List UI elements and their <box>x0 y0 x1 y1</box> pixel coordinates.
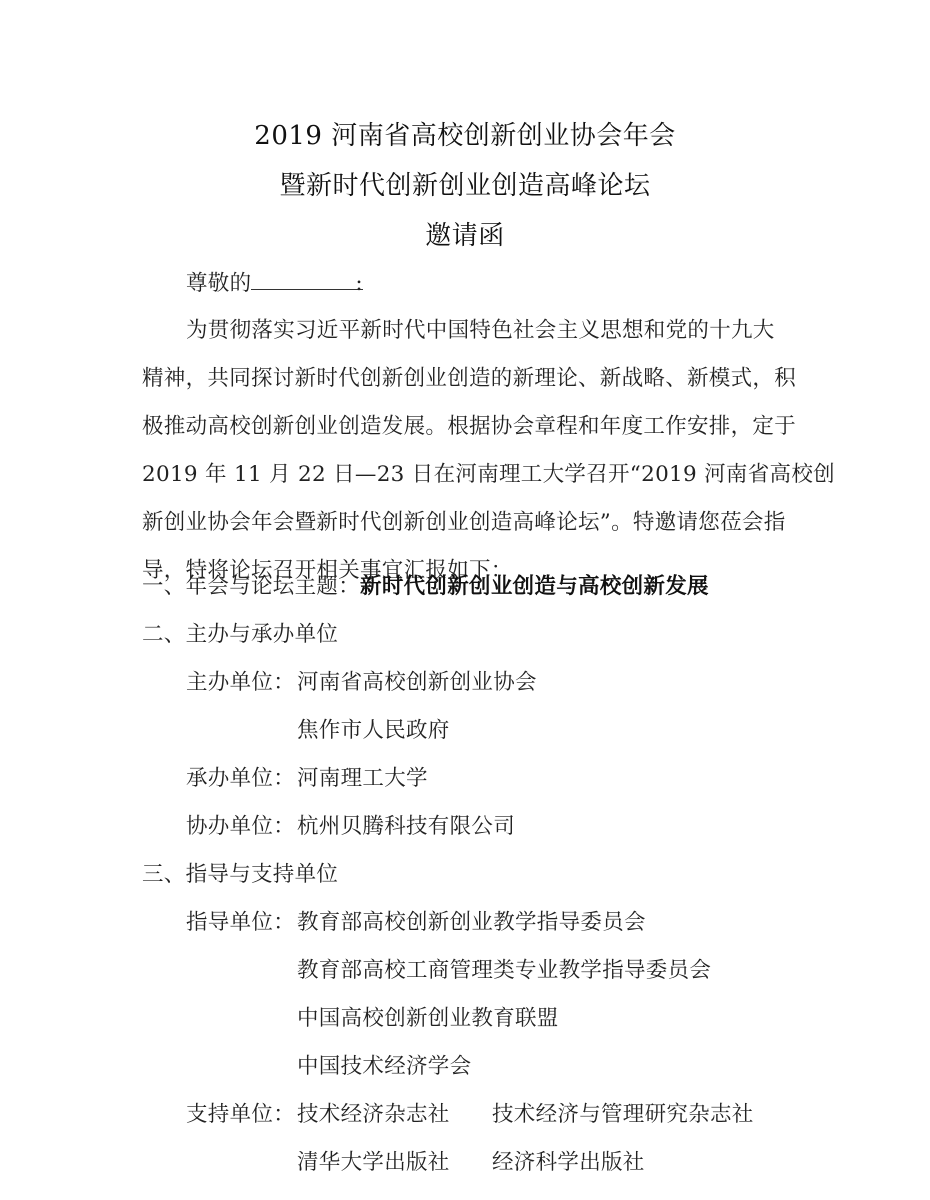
intro-line: 极推动高校创新创业创造发展。根据协会章程和年度工作安排，定于 <box>142 413 796 441</box>
host-label: 承办单位： <box>186 765 295 793</box>
support-value: 技术经济杂志社 <box>297 1101 450 1129</box>
guidance-value: 中国技术经济学会 <box>297 1053 471 1081</box>
coorganizer-label: 协办单位： <box>186 813 295 841</box>
section-2-heading: 二、主办与承办单位 <box>142 621 338 649</box>
intro-line: 为贯彻落实习近平新时代中国特色社会主义思想和党的十九大 <box>186 317 775 345</box>
intro-line: 新创业协会年会暨新时代创新创业创造高峰论坛”。特邀请您莅会指 <box>142 509 786 537</box>
forum-theme: 新时代创新创业创造与高校创新发展 <box>360 574 709 599</box>
recipient-blank <box>251 269 363 290</box>
support-value: 经济科学出版社 <box>492 1149 645 1177</box>
organizer-value: 河南省高校创新创业协会 <box>297 669 537 697</box>
support-value: 技术经济与管理研究杂志社 <box>492 1101 754 1129</box>
title-line-3: 邀请函 <box>0 221 930 251</box>
section-1: 一、年会与论坛主题：新时代创新创业创造与高校创新发展 <box>142 573 709 601</box>
salutation: 尊敬的: <box>186 269 363 298</box>
salutation-colon: : <box>355 271 363 296</box>
intro-line: 2019 年 11 月 22 日—23 日在河南理工大学召开“2019 河南省高… <box>142 461 835 489</box>
guidance-value: 教育部高校工商管理类专业教学指导委员会 <box>297 957 711 985</box>
title-line-1: 2019 河南省高校创新创业协会年会 <box>0 121 930 151</box>
coorganizer-value: 杭州贝腾科技有限公司 <box>297 813 515 841</box>
organizer-value: 焦作市人民政府 <box>297 717 450 745</box>
salutation-prefix: 尊敬的 <box>186 271 251 296</box>
title-line-2: 暨新时代创新创业创造高峰论坛 <box>0 171 930 201</box>
host-value: 河南理工大学 <box>297 765 428 793</box>
support-value: 清华大学出版社 <box>297 1149 450 1177</box>
guidance-label: 指导单位： <box>186 909 295 937</box>
organizer-label: 主办单位： <box>186 669 295 697</box>
support-label: 支持单位： <box>186 1101 295 1129</box>
section-3-heading: 三、指导与支持单位 <box>142 861 338 889</box>
guidance-value: 教育部高校创新创业教学指导委员会 <box>297 909 646 937</box>
guidance-value: 中国高校创新创业教育联盟 <box>297 1005 559 1033</box>
intro-line: 精神，共同探讨新时代创新创业创造的新理论、新战略、新模式，积 <box>142 365 796 393</box>
section-1-label: 一、年会与论坛主题： <box>142 574 360 599</box>
